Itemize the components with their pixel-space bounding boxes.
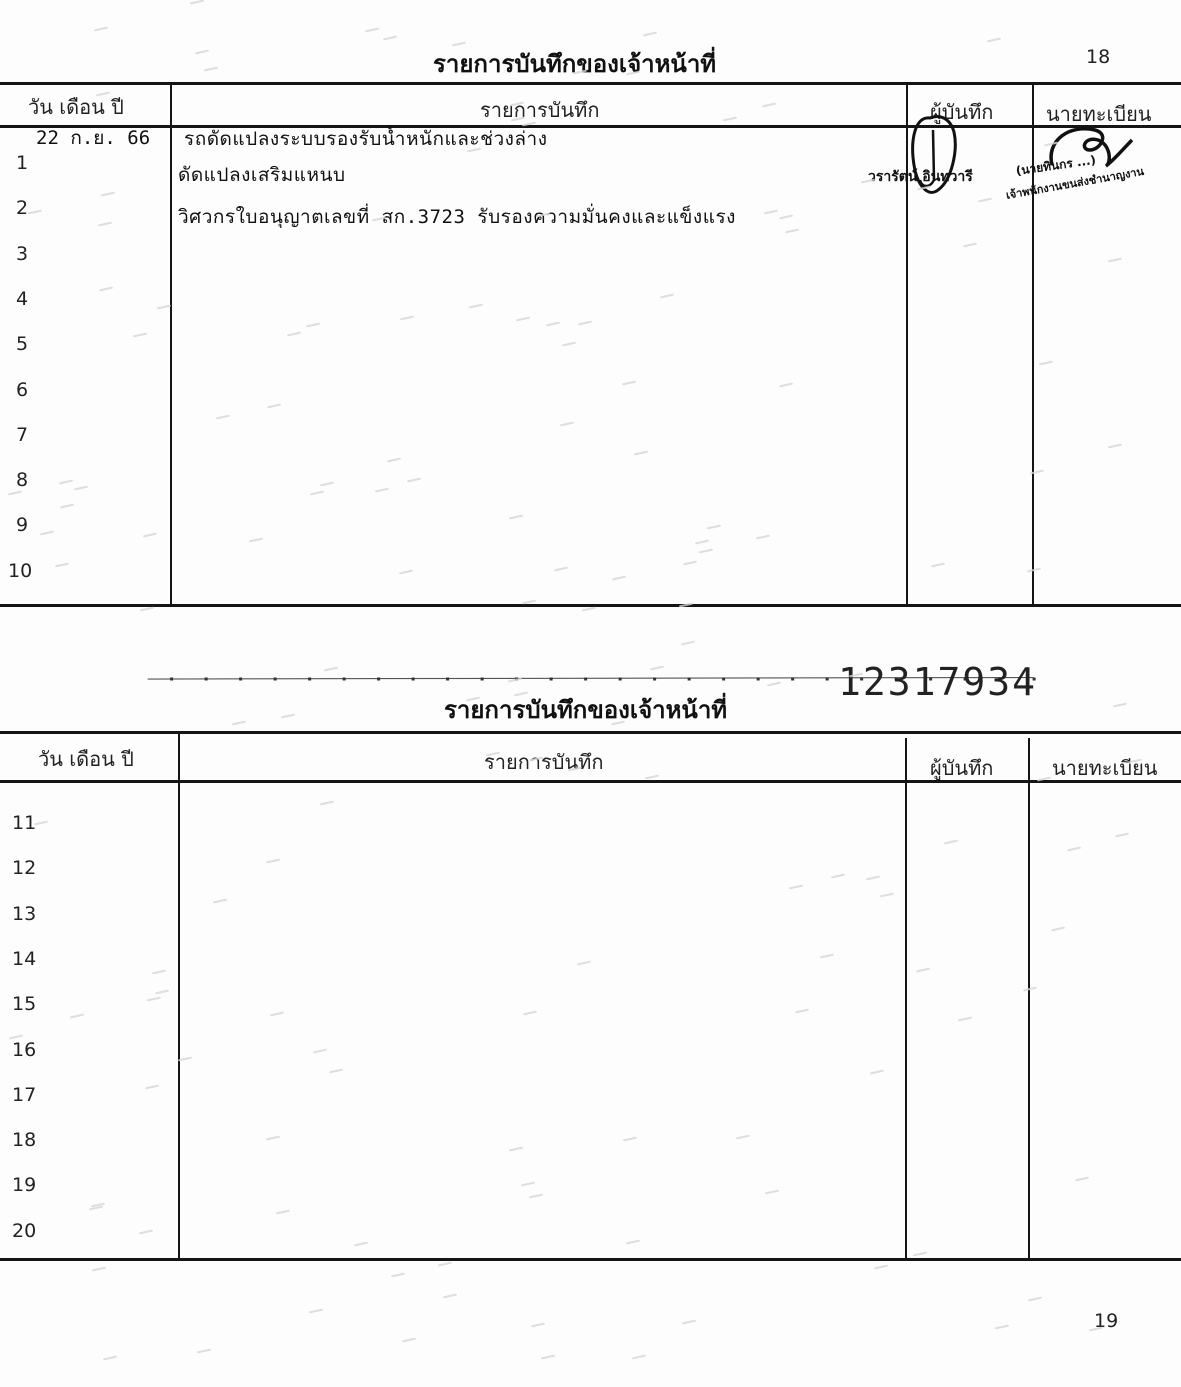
texture-speck	[785, 229, 799, 234]
texture-speck	[695, 540, 709, 545]
row-number: 3	[16, 243, 28, 265]
texture-speck	[931, 563, 945, 568]
table-top-border	[0, 82, 1181, 85]
entry-date: 22 ก.ย. 66	[36, 123, 150, 153]
texture-speck	[1113, 703, 1127, 708]
texture-speck	[155, 990, 169, 995]
header-registrar: นายทะเบียน	[1052, 752, 1157, 784]
column-divider	[1028, 738, 1030, 1261]
texture-speck	[383, 36, 397, 41]
texture-speck	[562, 342, 576, 347]
texture-speck	[577, 961, 591, 966]
texture-speck	[391, 1273, 405, 1278]
texture-speck	[1039, 361, 1053, 366]
texture-speck	[306, 323, 320, 328]
texture-speck	[1115, 833, 1129, 838]
texture-speck	[546, 322, 560, 327]
texture-speck	[140, 607, 154, 612]
texture-speck	[407, 478, 421, 483]
header-entry: รายการบันทึก	[484, 746, 603, 778]
texture-speck	[987, 38, 1001, 43]
texture-speck	[762, 103, 776, 108]
texture-speck	[1027, 568, 1041, 573]
texture-speck	[582, 607, 596, 612]
texture-speck	[197, 1349, 211, 1354]
texture-speck	[554, 567, 568, 572]
texture-speck	[320, 482, 334, 487]
texture-speck	[779, 383, 793, 388]
texture-speck	[789, 885, 803, 890]
texture-speck	[765, 1190, 779, 1195]
texture-speck	[707, 525, 721, 530]
texture-speck	[28, 210, 42, 215]
page-number: 18	[1086, 46, 1110, 68]
entry-line: รถดัดแปลงระบบรองรับน้ำหนักและช่วงล่าง	[184, 124, 548, 154]
texture-speck	[1075, 1177, 1089, 1182]
texture-speck	[1028, 1297, 1042, 1302]
header-date: วัน เดือน ปี	[28, 91, 124, 123]
texture-speck	[145, 1085, 159, 1090]
texture-speck	[1051, 927, 1065, 932]
entry-line: ดัดแปลงเสริมแหนบ	[178, 160, 346, 190]
texture-speck	[612, 576, 626, 581]
texture-speck	[266, 859, 280, 864]
texture-speck	[443, 1294, 457, 1299]
row-number: 8	[16, 469, 28, 491]
texture-speck	[249, 538, 263, 543]
texture-speck	[266, 1136, 280, 1141]
texture-speck	[178, 1057, 192, 1062]
serial-number: 12317934	[838, 660, 1037, 704]
texture-speck	[375, 488, 389, 493]
texture-speck	[287, 332, 301, 337]
texture-speck	[270, 1012, 284, 1017]
texture-speck	[147, 997, 161, 1002]
texture-speck	[578, 321, 592, 326]
row-number: 7	[16, 424, 28, 446]
texture-speck	[70, 1014, 84, 1019]
texture-speck	[723, 117, 737, 122]
texture-speck	[682, 1320, 696, 1325]
texture-speck	[681, 641, 695, 646]
texture-speck	[626, 1240, 640, 1245]
texture-speck	[232, 721, 246, 726]
texture-speck	[157, 305, 171, 310]
texture-speck	[309, 1309, 323, 1314]
texture-speck	[139, 1230, 153, 1235]
texture-speck	[521, 1182, 535, 1187]
texture-speck	[913, 1252, 927, 1257]
section-title: รายการบันทึกของเจ้าหน้าที่	[444, 690, 727, 729]
texture-speck	[94, 27, 108, 32]
texture-speck	[516, 317, 530, 322]
texture-speck	[880, 893, 894, 898]
texture-speck	[310, 491, 324, 496]
texture-speck	[40, 531, 54, 536]
texture-speck	[963, 243, 977, 248]
row-number: 18	[12, 1129, 36, 1151]
recorder-signature-icon	[900, 110, 970, 200]
texture-speck	[152, 970, 166, 975]
column-divider	[178, 731, 180, 1261]
texture-speck	[1108, 258, 1122, 263]
header-date: วัน เดือน ปี	[38, 743, 134, 775]
texture-speck	[650, 666, 664, 671]
texture-speck	[529, 1194, 543, 1199]
texture-speck	[623, 1137, 637, 1142]
texture-speck	[978, 198, 992, 203]
texture-speck	[354, 1242, 368, 1247]
texture-speck	[92, 1267, 106, 1272]
texture-speck	[399, 570, 413, 575]
texture-speck	[329, 1069, 343, 1074]
row-number: 4	[16, 288, 28, 310]
row-number: 11	[12, 812, 36, 834]
texture-speck	[683, 561, 697, 566]
texture-speck	[764, 210, 778, 215]
texture-speck	[560, 422, 574, 427]
texture-speck	[622, 381, 636, 386]
texture-speck	[469, 304, 483, 309]
texture-speck	[133, 333, 147, 338]
texture-speck	[216, 415, 230, 420]
texture-speck	[1023, 987, 1037, 992]
section-title: รายการบันทึกของเจ้าหน้าที่	[433, 44, 716, 83]
texture-speck	[632, 1355, 646, 1360]
texture-speck	[699, 549, 713, 554]
texture-speck	[320, 801, 334, 806]
texture-speck	[944, 840, 958, 845]
texture-speck	[103, 1356, 117, 1361]
registrar-signature-icon	[1040, 120, 1140, 180]
texture-speck	[870, 1070, 884, 1075]
texture-speck	[736, 1135, 750, 1140]
texture-speck	[402, 1338, 416, 1343]
row-number: 13	[12, 903, 36, 925]
texture-speck	[660, 294, 674, 299]
texture-speck	[59, 480, 73, 485]
row-number: 12	[12, 857, 36, 879]
texture-speck	[645, 775, 659, 780]
header-recorder: ผู้บันทึก	[930, 752, 993, 784]
row-number: 19	[12, 1174, 36, 1196]
texture-speck	[74, 486, 88, 491]
texture-speck	[8, 491, 22, 496]
column-divider	[170, 82, 172, 606]
column-divider	[905, 738, 907, 1261]
texture-speck	[756, 535, 770, 540]
row-number: 5	[16, 333, 28, 355]
row-number: 20	[12, 1220, 36, 1242]
texture-speck	[779, 215, 793, 220]
row-number: 2	[16, 197, 28, 219]
texture-speck	[267, 404, 281, 409]
texture-speck	[98, 222, 112, 227]
texture-speck	[400, 316, 414, 321]
row-number: 14	[12, 948, 36, 970]
texture-speck	[820, 954, 834, 959]
texture-speck	[634, 451, 648, 456]
texture-speck	[831, 874, 845, 879]
texture-speck	[313, 1049, 327, 1054]
texture-speck	[509, 1147, 523, 1152]
texture-speck	[523, 1011, 537, 1016]
texture-speck	[531, 1323, 545, 1328]
texture-speck	[541, 1355, 555, 1360]
row-number: 17	[12, 1084, 36, 1106]
texture-speck	[190, 0, 204, 4]
texture-speck	[767, 682, 781, 687]
row-number: 1	[16, 152, 28, 174]
header-entry: รายการบันทึก	[480, 94, 599, 126]
texture-speck	[643, 32, 657, 37]
texture-speck	[958, 1017, 972, 1022]
texture-speck	[324, 667, 338, 672]
texture-speck	[60, 504, 74, 509]
texture-speck	[143, 533, 157, 538]
texture-speck	[195, 50, 209, 55]
entry-line: วิศวกรใบอนุญาตเลขที่ สก.3723 รับรองความม…	[178, 202, 736, 232]
texture-speck	[55, 563, 69, 568]
texture-speck	[101, 192, 115, 197]
texture-speck	[281, 714, 295, 719]
row-number: 6	[16, 379, 28, 401]
texture-speck	[387, 458, 401, 463]
texture-speck	[1108, 444, 1122, 449]
row-number: 15	[12, 993, 36, 1015]
texture-speck	[995, 1325, 1009, 1330]
texture-speck	[276, 1210, 290, 1215]
texture-speck	[874, 1265, 888, 1270]
texture-speck	[204, 67, 218, 72]
texture-speck	[1067, 847, 1081, 852]
texture-speck	[213, 899, 227, 904]
row-number: 9	[16, 514, 28, 536]
texture-speck	[866, 876, 880, 881]
row-number: 16	[12, 1039, 36, 1061]
texture-speck	[916, 968, 930, 973]
row-number: 10	[8, 560, 32, 582]
texture-speck	[365, 28, 379, 33]
texture-speck	[438, 1262, 452, 1267]
texture-speck	[509, 515, 523, 520]
texture-speck	[99, 287, 113, 292]
texture-speck	[795, 1009, 809, 1014]
